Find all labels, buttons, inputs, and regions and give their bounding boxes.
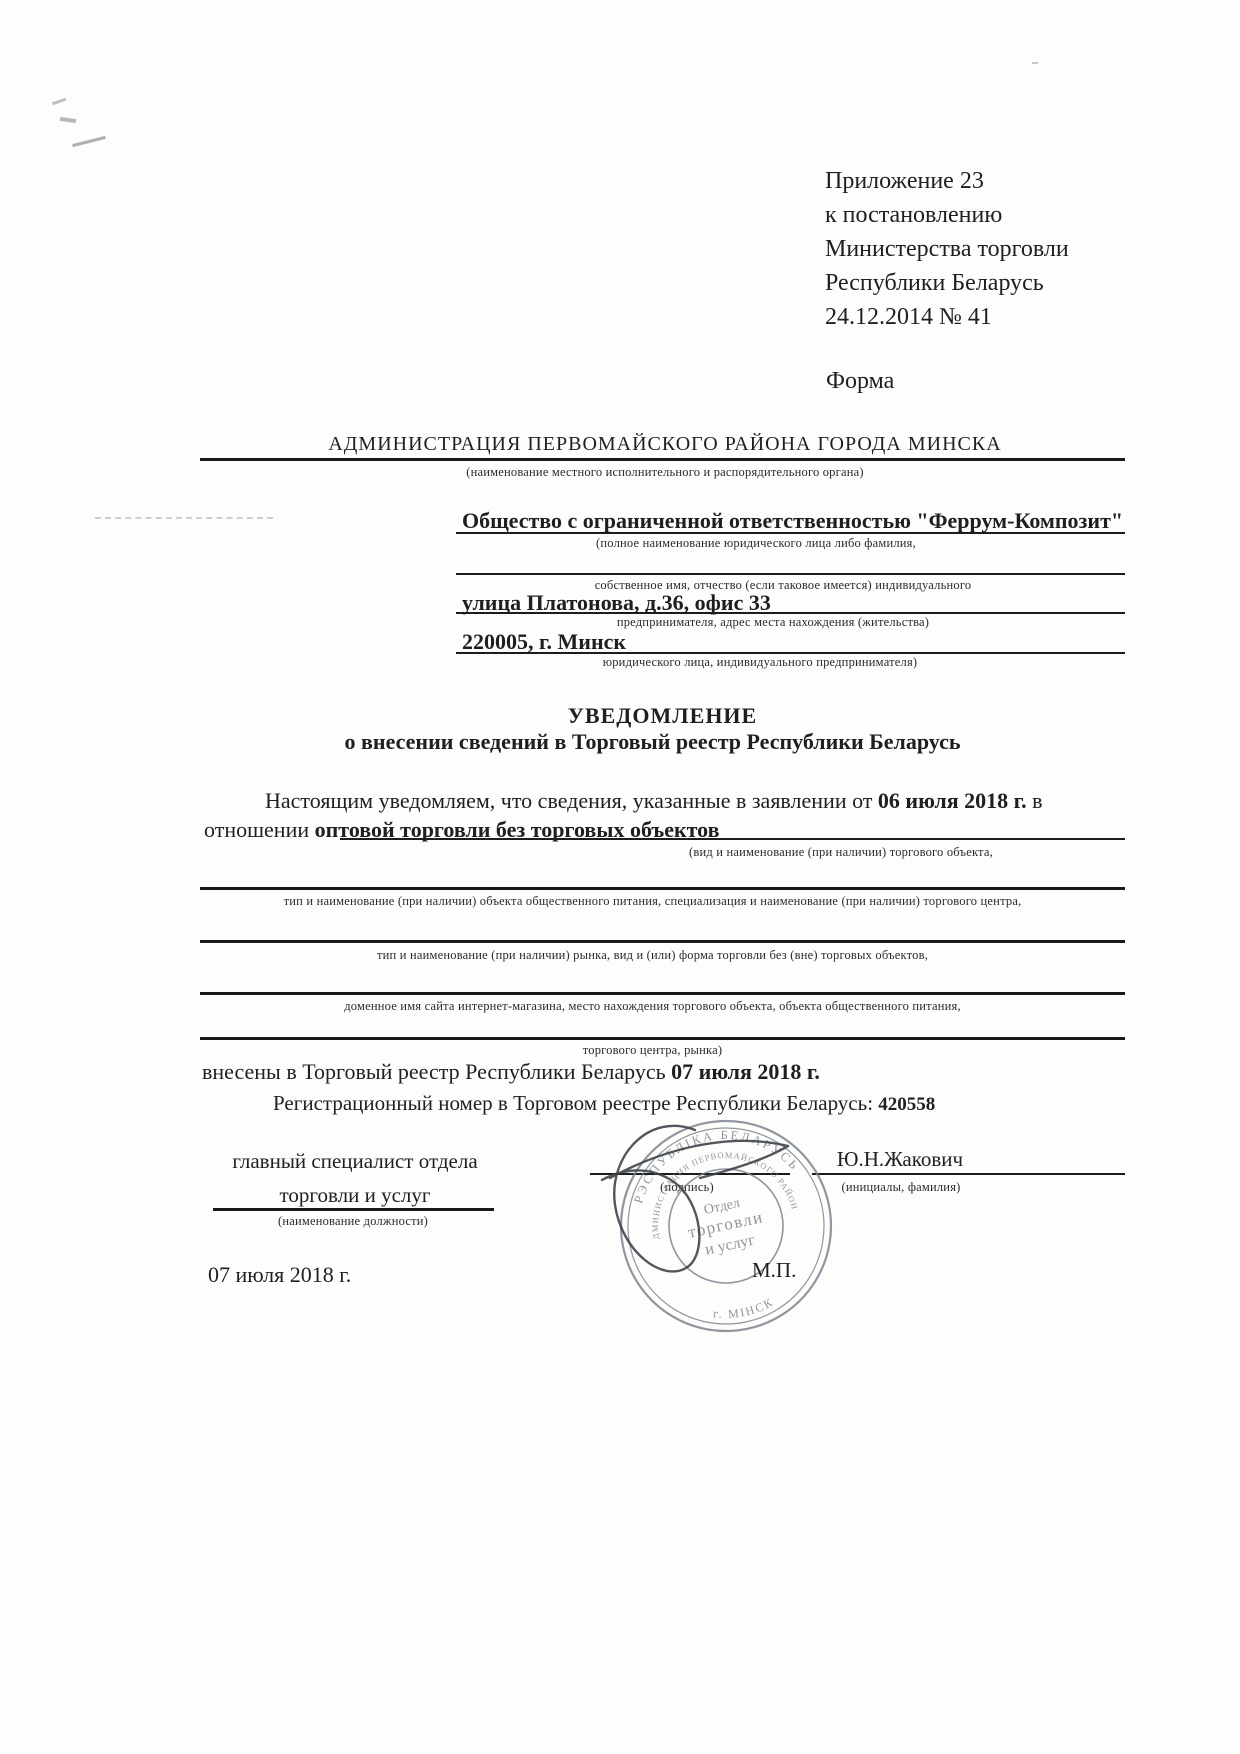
applicant-middle-line	[456, 573, 1125, 575]
appendix-reference-block: Приложение 23 к постановлению Министерст…	[825, 164, 1125, 334]
notice-subtitle: о внесении сведений в Торговый реестр Ре…	[140, 730, 1165, 755]
signer-position-line1: главный специалист отдела	[224, 1150, 486, 1174]
trade-subject: оптовой торговли без торговых объектов	[315, 817, 720, 842]
blank-field-line	[200, 887, 1125, 890]
appendix-line: 24.12.2014 № 41	[825, 300, 1125, 334]
blank-field-line	[200, 940, 1125, 943]
applicant-address-caption: предпринимателя, адрес места нахождения …	[573, 616, 973, 630]
position-caption: (наименование должности)	[248, 1215, 458, 1229]
body-line2-prefix: отношении	[204, 817, 315, 842]
blank-field-line	[200, 1037, 1125, 1040]
entered-prefix: внесены в Торговый реестр Республики Бел…	[202, 1059, 671, 1084]
form-label: Форма	[826, 364, 894, 398]
entered-date: 07 июля 2018 г.	[671, 1059, 820, 1084]
scan-speck	[60, 117, 76, 123]
appendix-line: Приложение 23	[825, 164, 1125, 198]
application-date: 06 июля 2018 г.	[878, 788, 1027, 813]
appendix-line: Республики Беларусь	[825, 266, 1125, 300]
entered-line: внесены в Торговый реестр Республики Бел…	[202, 1060, 820, 1085]
position-underline	[213, 1208, 494, 1211]
signer-name-underline	[812, 1173, 1125, 1175]
scan-speck	[52, 98, 66, 106]
applicant-name-underline	[456, 532, 1125, 534]
scan-speck	[72, 136, 106, 147]
applicant-address-underline	[456, 612, 1125, 614]
body-line-1: Настоящим уведомляем, что сведения, указ…	[265, 789, 1055, 814]
scan-speck	[1032, 62, 1038, 64]
registration-number: 420558	[878, 1094, 935, 1115]
body-line1-prefix: Настоящим уведомляем, что сведения, указ…	[265, 788, 878, 813]
document-date: 07 июля 2018 г.	[208, 1263, 351, 1288]
scan-dashed-artifact	[95, 517, 273, 519]
blank-field-caption: тип и наименование (при наличии) объекта…	[200, 895, 1105, 909]
body-line-2: отношении оптовой торговли без торговых …	[204, 818, 720, 843]
body-line1-suffix: в	[1027, 788, 1043, 813]
applicant-city: 220005, г. Минск	[462, 630, 626, 655]
blank-field-caption: доменное имя сайта интернет-магазина, ме…	[200, 1000, 1105, 1014]
authority-underline	[200, 458, 1125, 461]
authority-name: АДМИНИСТРАЦИЯ ПЕРВОМАЙСКОГО РАЙОНА ГОРОД…	[200, 433, 1130, 456]
scanned-document-page: Приложение 23 к постановлению Министерст…	[0, 0, 1240, 1754]
notice-title: УВЕДОМЛЕНИЕ	[200, 704, 1125, 729]
blank-field-caption: тип и наименование (при наличии) рынка, …	[200, 949, 1105, 963]
appendix-line: Министерства торговли	[825, 232, 1125, 266]
applicant-city-caption: юридического лица, индивидуального предп…	[560, 656, 960, 670]
applicant-city-underline	[456, 652, 1125, 654]
subject-caption: (вид и наименование (при наличии) торгов…	[641, 846, 1041, 860]
appendix-line: к постановлению	[825, 198, 1125, 232]
blank-field-caption: торгового центра, рынка)	[200, 1044, 1105, 1058]
seal-place-mark: М.П.	[752, 1259, 796, 1283]
signer-position-line2: торговли и услуг	[224, 1184, 486, 1208]
applicant-name-caption: (полное наименование юридического лица л…	[556, 537, 956, 551]
applicant-name: Общество с ограниченной ответственностью…	[462, 509, 1132, 534]
blank-field-line	[200, 992, 1125, 995]
authority-caption: (наименование местного исполнительного и…	[300, 466, 1030, 480]
